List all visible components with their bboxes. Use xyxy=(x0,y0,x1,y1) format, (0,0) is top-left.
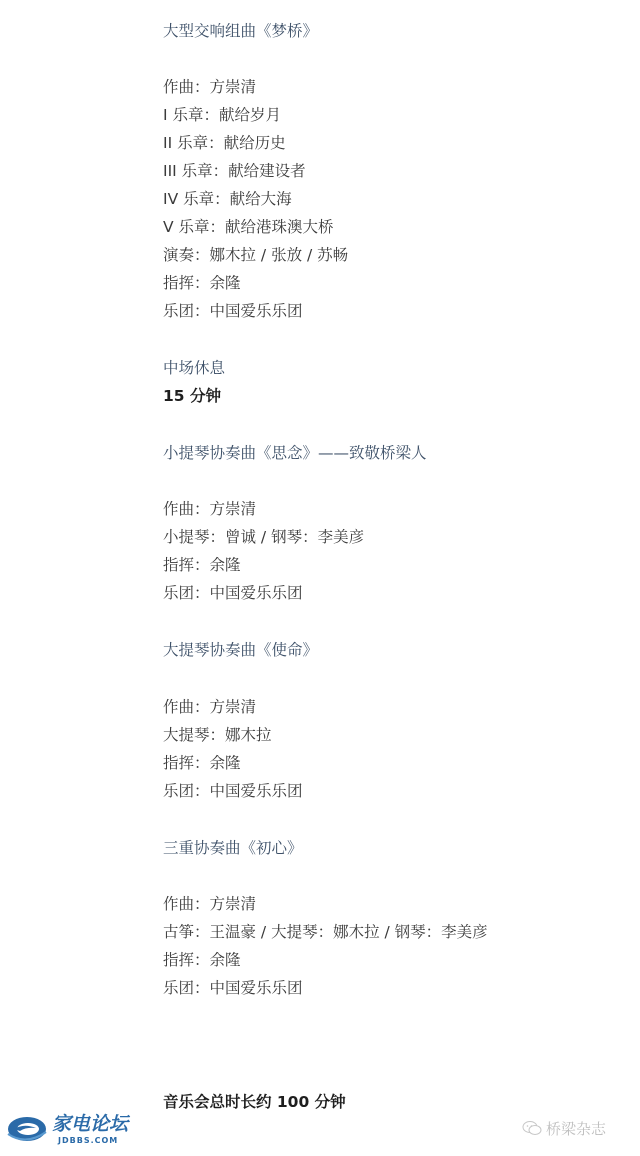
program-line: 大提琴：娜木拉 xyxy=(163,725,272,745)
program-line: 作曲：方崇清 xyxy=(163,697,256,717)
program-line: 小提琴：曾诚 / 钢琴：李美彦 xyxy=(163,527,364,547)
section-title: 三重协奏曲《初心》 xyxy=(163,838,303,858)
logo-text-cn: 家电论坛 xyxy=(52,1112,128,1136)
section-title: 大提琴协奏曲《使命》 xyxy=(163,640,318,660)
program-line: I 乐章：献给岁月 xyxy=(163,105,281,125)
section-title: 小提琴协奏曲《思念》——致敬桥梁人 xyxy=(163,443,427,463)
program-line: 指挥：余隆 xyxy=(163,753,241,773)
logo-text-en: JDBBS.COM xyxy=(58,1136,118,1145)
wechat-account-name: 桥梁杂志 xyxy=(546,1118,606,1139)
program-line: 指挥：余隆 xyxy=(163,273,241,293)
program-line: 作曲：方崇清 xyxy=(163,499,256,519)
total-duration: 音乐会总时长约 100 分钟 xyxy=(163,1092,346,1112)
wechat-icon xyxy=(522,1120,542,1136)
program-line: 乐团：中国爱乐乐团 xyxy=(163,781,303,801)
program-line: 古筝：王温豪 / 大提琴：娜木拉 / 钢琴：李美彦 xyxy=(163,922,488,942)
program-line: 作曲：方崇清 xyxy=(163,894,256,914)
swirl-logo-icon xyxy=(6,1114,48,1144)
program-line: II 乐章：献给历史 xyxy=(163,133,286,153)
section-title: 大型交响组曲《梦桥》 xyxy=(163,21,318,41)
program-line: 指挥：余隆 xyxy=(163,950,241,970)
intermission-duration: 15 分钟 xyxy=(163,386,221,406)
program-line: 演奏：娜木拉 / 张放 / 苏畅 xyxy=(163,245,348,265)
program-line: 乐团：中国爱乐乐团 xyxy=(163,301,303,321)
wechat-watermark: 桥梁杂志 xyxy=(522,1116,606,1140)
program-line: 乐团：中国爱乐乐团 xyxy=(163,978,303,998)
intermission-title: 中场休息 xyxy=(163,358,225,378)
program-line: IV 乐章：献给大海 xyxy=(163,189,292,209)
program-line: 指挥：余隆 xyxy=(163,555,241,575)
program-line: 作曲：方崇清 xyxy=(163,77,256,97)
program-line: III 乐章：献给建设者 xyxy=(163,161,306,181)
program-line: 乐团：中国爱乐乐团 xyxy=(163,583,303,603)
jdbbs-logo: 家电论坛 JDBBS.COM xyxy=(6,1112,136,1152)
program-line: V 乐章：献给港珠澳大桥 xyxy=(163,217,334,237)
